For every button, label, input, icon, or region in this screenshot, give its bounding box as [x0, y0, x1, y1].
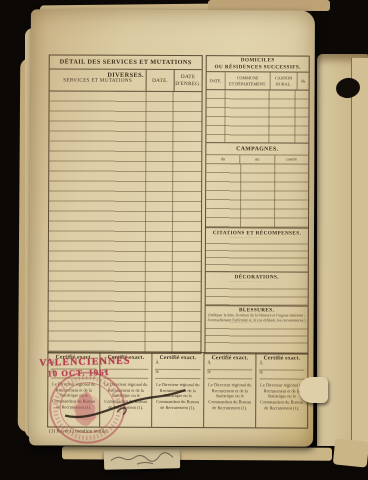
next-page-edge-2: [351, 58, 368, 446]
col-date-enreg-line1: DATE: [181, 74, 195, 80]
col-date: DATE.: [147, 70, 175, 91]
campagnes-header: du au contre: [206, 154, 308, 164]
col-services-mutations: SERVICES ET MUTATIONS: [50, 69, 147, 90]
at-label: À: [207, 361, 210, 366]
blessures-note-line2: éventuellement l'infirmité et, le cas éc…: [208, 318, 306, 322]
right-sections: DOMICILES OU RÉSIDENCES SUCCESSIFS. DATE…: [204, 55, 309, 354]
campagnes-title: CAMPAGNES.: [206, 143, 308, 154]
col-canton: CANTON RURAL.: [271, 72, 298, 89]
domiciles-title-line1: DOMICILES: [241, 57, 275, 63]
archive-tab: [104, 449, 180, 470]
certificate-header: Certifié exact.: [154, 355, 201, 361]
page-edge-bottom: [62, 446, 332, 460]
certificate-header: Certifié exact.: [258, 355, 305, 361]
column-divider: [274, 164, 275, 227]
citations-rows: [206, 237, 308, 271]
col-date: DATE.: [207, 72, 226, 89]
citations-section: CITATIONS ET RÉCOMPENSES.: [206, 227, 308, 271]
services-table-title: DÉTAIL DES SERVICES ET MUTATIONS DIVERSE…: [50, 55, 202, 70]
le-label: le: [207, 370, 210, 375]
certificate-header: Certifié exact.: [206, 355, 253, 361]
certificate-place-line: À: [259, 361, 304, 370]
col-commune: COMMUNE ET DÉPARTEMENT.: [226, 72, 271, 89]
blessures-rows: [205, 322, 307, 348]
blessures-note: (Indiquer la date, la nature de la bless…: [206, 313, 308, 323]
citations-title: CITATIONS ET RÉCOMPENSES.: [206, 228, 308, 237]
register-sheet: DÉTAIL DES SERVICES ET MUTATIONS DIVERSE…: [29, 9, 315, 446]
certificate-date-line: le: [259, 370, 304, 379]
column-divider: [171, 92, 173, 353]
le-label: le: [155, 370, 158, 375]
campagnes-section: CAMPAGNES. du au contre: [206, 142, 308, 227]
domiciles-title: DOMICILES OU RÉSIDENCES SUCCESSIFS.: [207, 56, 309, 72]
page-edge-bottom-right: [333, 438, 368, 467]
services-table: DÉTAIL DES SERVICES ET MUTATIONS DIVERSE…: [47, 54, 202, 354]
col-canton-line2: RURAL.: [276, 81, 291, 86]
col-date-enreg: DATE D'ENREG.: [175, 70, 202, 91]
page-corner-curl: [299, 377, 328, 403]
at-label: À: [259, 361, 262, 366]
col-commune-line2: ET DÉPARTEMENT.: [229, 81, 266, 86]
certificate-column-4: Certifié exact. À le Le Directeur région…: [204, 353, 256, 427]
domiciles-title-line2: OU RÉSIDENCES SUCCESSIFS.: [215, 64, 301, 70]
decorations-section: DÉCORATIONS.: [206, 271, 308, 305]
column-divider: [240, 164, 241, 227]
certificate-place-line: À: [155, 361, 200, 370]
certificate-place-line: À: [207, 361, 252, 370]
col-du: du: [206, 155, 240, 163]
domiciles-section: DOMICILES OU RÉSIDENCES SUCCESSIFS. DATE…: [206, 56, 308, 142]
archive-tab-scribble: [107, 451, 177, 467]
column-divider: [224, 90, 225, 142]
col-date-enreg-line2: D'ENREG.: [175, 81, 201, 87]
column-divider: [268, 90, 269, 142]
decorations-title: DÉCORATIONS.: [206, 272, 308, 281]
column-divider: [144, 92, 146, 353]
certificate-date-line: le: [155, 370, 200, 379]
domiciles-header: DATE. COMMUNE ET DÉPARTEMENT. CANTON RUR…: [207, 72, 309, 90]
col-contre: contre: [275, 155, 308, 163]
at-label: À: [155, 361, 158, 366]
blessures-section: BLESSURES. (Indiquer la date, la nature …: [205, 305, 307, 349]
certificate-date-line: le: [207, 370, 252, 379]
col-au: au: [241, 155, 275, 163]
signature: [59, 382, 193, 429]
campagnes-rows: [206, 164, 308, 227]
decorations-rows: [206, 281, 308, 305]
services-table-rows: [48, 91, 201, 353]
le-label: le: [259, 370, 262, 375]
services-table-header: SERVICES ET MUTATIONS DATE. DATE D'ENREG…: [50, 69, 202, 92]
scanned-register-page: DÉTAIL DES SERVICES ET MUTATIONS DIVERSE…: [0, 0, 368, 480]
col-numero: №: [298, 73, 309, 90]
date-stamp: VALENCIENNES 10 OCT. 1961: [39, 356, 131, 379]
certificate-signer-text: Le Directeur régional du Recrutement et …: [206, 382, 253, 411]
domiciles-rows: [206, 90, 308, 142]
column-divider: [294, 91, 295, 143]
date-stamp-date: 10 OCT. 1961: [47, 367, 131, 379]
